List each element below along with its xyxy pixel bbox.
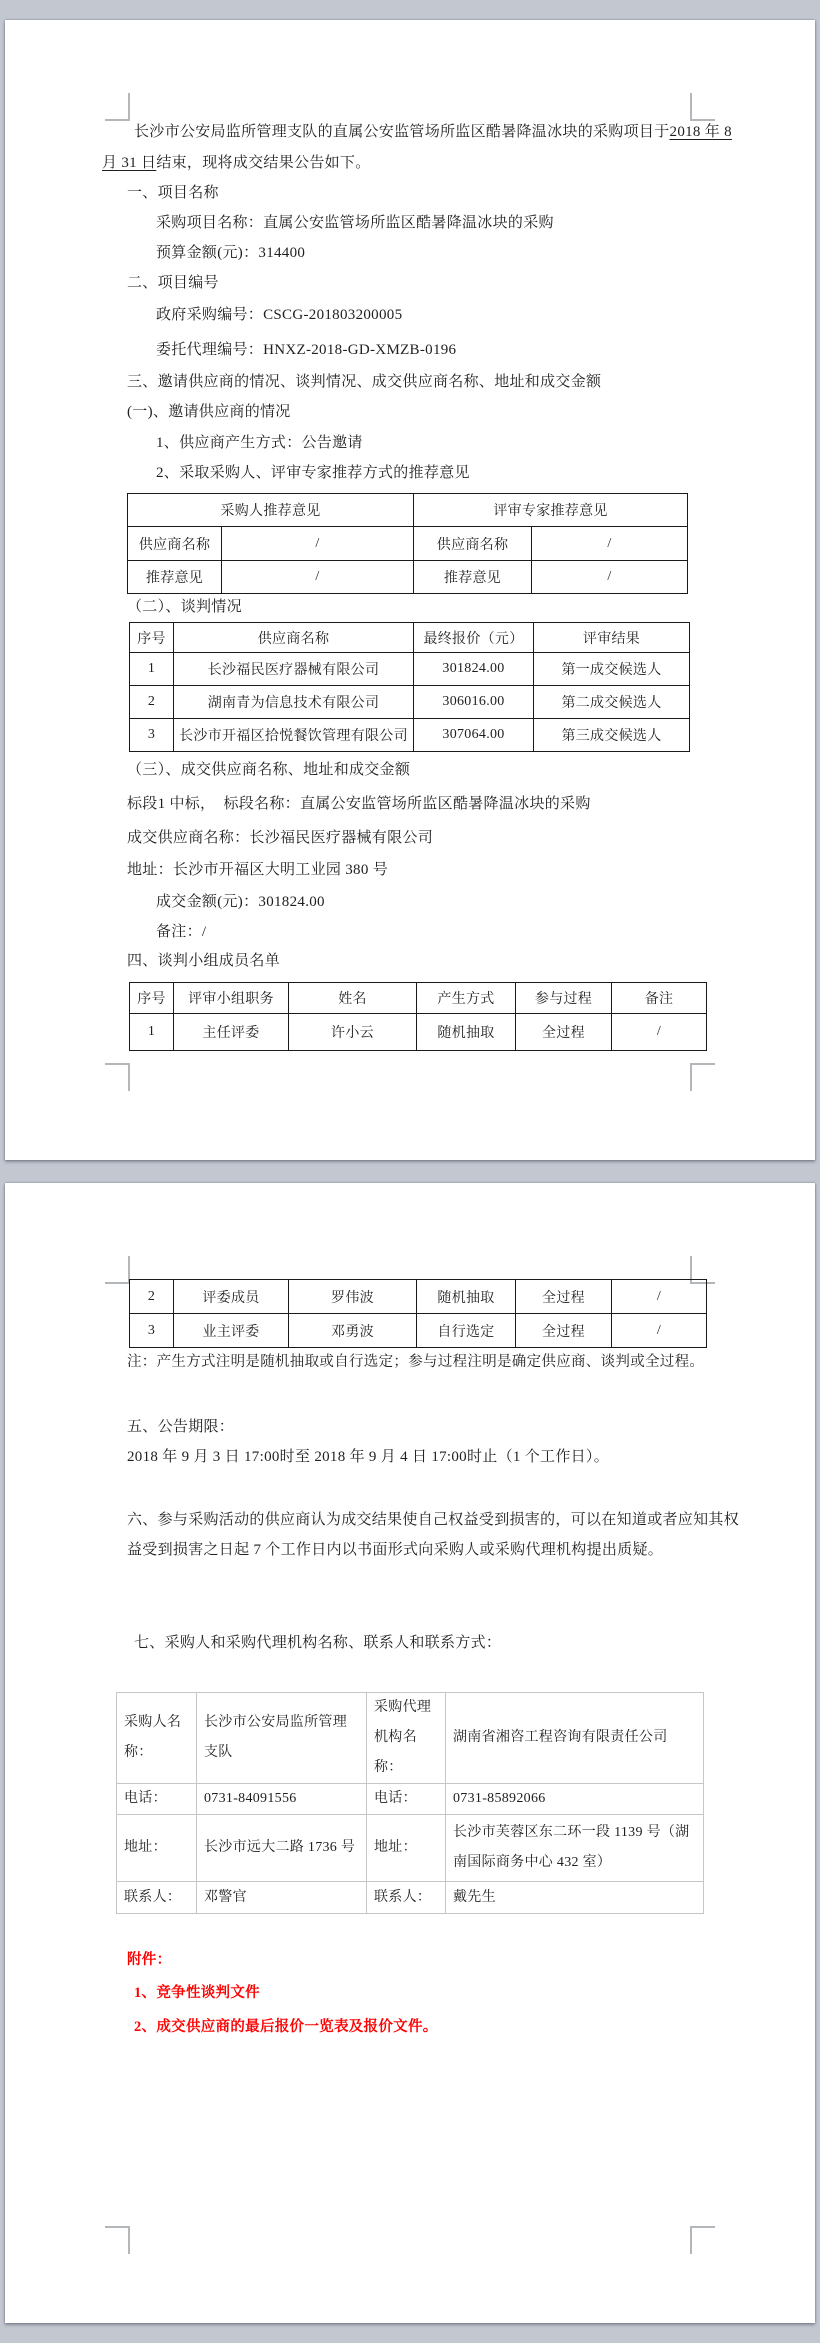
intro-text-1: 长沙市公安局监所管理支队的直属公安监管场所监区酷暑降温冰块的采购项目于 <box>134 124 670 140</box>
cell-supplier: 湖南青为信息技术有限公司 <box>174 686 414 719</box>
cell-process: 全过程 <box>516 1280 612 1314</box>
gov-procurement-code: 政府采购编号：CSCG-201803200005 <box>156 305 402 325</box>
cell-remark: / <box>612 1014 707 1051</box>
cell-label: 推荐意见 <box>414 561 532 594</box>
cell-value: / <box>532 527 688 561</box>
table-header-row: 序号 供应商名称 最终报价（元） 评审结果 <box>130 623 690 653</box>
section3-sub1: (一)、邀请供应商的情况 <box>127 402 291 422</box>
cell-price: 307064.00 <box>414 719 534 752</box>
section2-heading: 二、项目编号 <box>127 273 219 293</box>
margin-mark-top-left <box>105 1256 130 1284</box>
section7-heading: 七、采购人和采购代理机构名称、联系人和联系方式： <box>134 1633 501 1653</box>
award-amount: 成交金额(元)：301824.00 <box>156 892 325 912</box>
cell-value: / <box>222 561 414 594</box>
table-row: 3 业主评委 邓勇波 自行选定 全过程 / <box>130 1314 707 1348</box>
cell-result: 第二成交候选人 <box>534 686 690 719</box>
cell-remark: / <box>612 1314 707 1348</box>
recommend-header-expert: 评审专家推荐意见 <box>414 494 688 527</box>
col-header-price: 最终报价（元） <box>414 623 534 653</box>
table-header-row: 序号 评审小组职务 姓名 产生方式 参与过程 备注 <box>130 983 707 1014</box>
announcement-period: 2018 年 9 月 3 日 17:00时至 2018 年 9 月 4 日 17… <box>127 1447 609 1467</box>
margin-mark-top-left <box>105 93 130 121</box>
label-agency-contact: 联系人： <box>367 1882 446 1914</box>
intro-text-2: 结束，现将成交结果公告如下。 <box>156 155 370 171</box>
col-header-remark: 备注 <box>612 983 707 1014</box>
recommend-table: 采购人推荐意见 评审专家推荐意见 供应商名称 / 供应商名称 / 推荐意见 / … <box>127 493 688 594</box>
cell-name: 罗伟波 <box>289 1280 417 1314</box>
document-page-2: 2 评委成员 罗伟波 随机抽取 全过程 / 3 业主评委 邓勇波 自行选定 全过… <box>5 1183 815 2323</box>
value-agency-address: 长沙市芙蓉区东二环一段 1139 号（湖南国际商务中心 432 室） <box>446 1815 704 1882</box>
cell-name: 许小云 <box>289 1014 417 1051</box>
award-line: 标段1 中标， 标段名称：直属公安监管场所监区酷暑降温冰块的采购 <box>127 794 591 814</box>
margin-mark-bottom-right <box>690 1063 715 1091</box>
table-row: 推荐意见 / 推荐意见 / <box>128 561 688 594</box>
cell-result: 第一成交候选人 <box>534 653 690 686</box>
cell-role: 业主评委 <box>174 1314 289 1348</box>
panel-note: 注：产生方式注明是随机抽取或自行选定；参与过程注明是确定供应商、谈判或全过程。 <box>127 1352 704 1372</box>
table-row: 2 湖南青为信息技术有限公司 306016.00 第二成交候选人 <box>130 686 690 719</box>
cell-name: 邓勇波 <box>289 1314 417 1348</box>
cell-value: / <box>532 561 688 594</box>
table-row: 采购人名称： 长沙市公安局监所管理支队 采购代理机构名称： 湖南省湘咨工程咨询有… <box>117 1693 704 1784</box>
cell-role: 评委成员 <box>174 1280 289 1314</box>
section3-heading: 三、邀请供应商的情况、谈判情况、成交供应商名称、地址和成交金额 <box>127 372 601 392</box>
cell-index: 3 <box>130 1314 174 1348</box>
intro-line-2: 月 31 日结束，现将成交结果公告如下。 <box>102 153 371 173</box>
cell-value: / <box>222 527 414 561</box>
label-buyer-name: 采购人名称： <box>117 1693 197 1784</box>
table-row: 1 主任评委 许小云 随机抽取 全过程 / <box>130 1014 707 1051</box>
value-buyer-address: 长沙市远大二路 1736 号 <box>197 1815 367 1882</box>
table-row: 2 评委成员 罗伟波 随机抽取 全过程 / <box>130 1280 707 1314</box>
section3-sub3: （三）、成交供应商名称、地址和成交金额 <box>127 760 410 780</box>
attachment-item-1: 1、竞争性谈判文件 <box>134 1983 260 2003</box>
supplier-method-line: 1、供应商产生方式：公告邀请 <box>156 433 363 453</box>
cell-price: 301824.00 <box>414 653 534 686</box>
cell-process: 全过程 <box>516 1314 612 1348</box>
cell-label: 供应商名称 <box>128 527 222 561</box>
contact-table: 采购人名称： 长沙市公安局监所管理支队 采购代理机构名称： 湖南省湘咨工程咨询有… <box>116 1692 704 1914</box>
label-buyer-phone: 电话： <box>117 1784 197 1815</box>
section4-heading: 四、谈判小组成员名单 <box>127 951 280 971</box>
value-agency-name: 湖南省湘咨工程咨询有限责任公司 <box>446 1693 704 1784</box>
budget-amount: 预算金额(元)：314400 <box>156 243 305 263</box>
winner-address: 地址：长沙市开福区大明工业园 380 号 <box>127 860 388 880</box>
col-header-result: 评审结果 <box>534 623 690 653</box>
table-row: 供应商名称 / 供应商名称 / <box>128 527 688 561</box>
section1-heading: 一、项目名称 <box>127 183 219 203</box>
winner-name: 成交供应商名称：长沙福民医疗器械有限公司 <box>127 828 433 848</box>
margin-mark-bottom-left <box>105 1063 130 1091</box>
cell-index: 2 <box>130 1280 174 1314</box>
panel-table-page2: 2 评委成员 罗伟波 随机抽取 全过程 / 3 业主评委 邓勇波 自行选定 全过… <box>129 1279 707 1348</box>
cell-index: 2 <box>130 686 174 719</box>
cell-price: 306016.00 <box>414 686 534 719</box>
col-header-role: 评审小组职务 <box>174 983 289 1014</box>
recommend-header-buyer: 采购人推荐意见 <box>128 494 414 527</box>
col-header-process: 参与过程 <box>516 983 612 1014</box>
label-buyer-address: 地址： <box>117 1815 197 1882</box>
col-header-supplier: 供应商名称 <box>174 623 414 653</box>
table-row: 1 长沙福民医疗器械有限公司 301824.00 第一成交候选人 <box>130 653 690 686</box>
col-header-name: 姓名 <box>289 983 417 1014</box>
table-row: 地址： 长沙市远大二路 1736 号 地址： 长沙市芙蓉区东二环一段 1139 … <box>117 1815 704 1882</box>
col-header-index: 序号 <box>130 623 174 653</box>
attachment-item-2: 2、成交供应商的最后报价一览表及报价文件。 <box>134 2017 438 2037</box>
cell-label: 供应商名称 <box>414 527 532 561</box>
cell-method: 随机抽取 <box>417 1280 516 1314</box>
document-viewer: { "intro": { "line1_text": "长沙市公安局监所管理支队… <box>0 0 820 2343</box>
value-buyer-phone: 0731-84091556 <box>197 1784 367 1815</box>
project-name: 采购项目名称：直属公安监管场所监区酷暑降温冰块的采购 <box>156 213 554 233</box>
cell-role: 主任评委 <box>174 1014 289 1051</box>
intro-line-1: 长沙市公安局监所管理支队的直属公安监管场所监区酷暑降温冰块的采购项目于2018 … <box>134 122 732 142</box>
margin-mark-bottom-left <box>105 2226 130 2254</box>
section3-sub2: （二）、谈判情况 <box>127 597 242 617</box>
col-header-method: 产生方式 <box>417 983 516 1014</box>
document-page-1: 长沙市公安局监所管理支队的直属公安监管场所监区酷暑降温冰块的采购项目于2018 … <box>5 20 815 1160</box>
cell-supplier: 长沙市开福区拾悦餐饮管理有限公司 <box>174 719 414 752</box>
label-agency-address: 地址： <box>367 1815 446 1882</box>
value-agency-contact: 戴先生 <box>446 1882 704 1914</box>
label-buyer-contact: 联系人： <box>117 1882 197 1914</box>
cell-process: 全过程 <box>516 1014 612 1051</box>
cell-supplier: 长沙福民医疗器械有限公司 <box>174 653 414 686</box>
table-row: 联系人： 邓警官 联系人： 戴先生 <box>117 1882 704 1914</box>
cell-result: 第三成交候选人 <box>534 719 690 752</box>
margin-mark-top-right <box>690 93 715 121</box>
cell-method: 自行选定 <box>417 1314 516 1348</box>
cell-index: 1 <box>130 1014 174 1051</box>
cell-index: 3 <box>130 719 174 752</box>
section6-line2: 益受到损害之日起 7 个工作日内以书面形式向采购人或采购代理机构提出质疑。 <box>127 1540 663 1560</box>
intro-date-part-1: 2018 年 8 <box>670 124 732 140</box>
table-row: 采购人推荐意见 评审专家推荐意见 <box>128 494 688 527</box>
cell-method: 随机抽取 <box>417 1014 516 1051</box>
cell-remark: / <box>612 1280 707 1314</box>
label-agency-name: 采购代理机构名称： <box>367 1693 446 1784</box>
col-header-index: 序号 <box>130 983 174 1014</box>
panel-table-page1: 序号 评审小组职务 姓名 产生方式 参与过程 备注 1 主任评委 许小云 随机抽… <box>129 982 707 1051</box>
cell-label: 推荐意见 <box>128 561 222 594</box>
section5-heading: 五、公告期限： <box>127 1417 234 1437</box>
agency-code: 委托代理编号：HNXZ-2018-GD-XMZB-0196 <box>156 340 456 360</box>
table-row: 3 长沙市开福区拾悦餐饮管理有限公司 307064.00 第三成交候选人 <box>130 719 690 752</box>
cell-index: 1 <box>130 653 174 686</box>
value-agency-phone: 0731-85892066 <box>446 1784 704 1815</box>
value-buyer-name: 长沙市公安局监所管理支队 <box>197 1693 367 1784</box>
intro-date-part-2: 月 31 日 <box>102 155 156 171</box>
value-buyer-contact: 邓警官 <box>197 1882 367 1914</box>
negotiation-table: 序号 供应商名称 最终报价（元） 评审结果 1 长沙福民医疗器械有限公司 301… <box>129 622 690 752</box>
attachments-title: 附件： <box>127 1950 171 1970</box>
recommendation-line: 2、采取采购人、评审专家推荐方式的推荐意见 <box>156 463 470 483</box>
table-row: 电话： 0731-84091556 电话： 0731-85892066 <box>117 1784 704 1815</box>
section6-line1: 六、参与采购活动的供应商认为成交结果使自己权益受到损害的，可以在知道或者应知其权 <box>127 1510 739 1530</box>
award-remark: 备注：/ <box>156 922 206 942</box>
label-agency-phone: 电话： <box>367 1784 446 1815</box>
margin-mark-bottom-right <box>690 2226 715 2254</box>
